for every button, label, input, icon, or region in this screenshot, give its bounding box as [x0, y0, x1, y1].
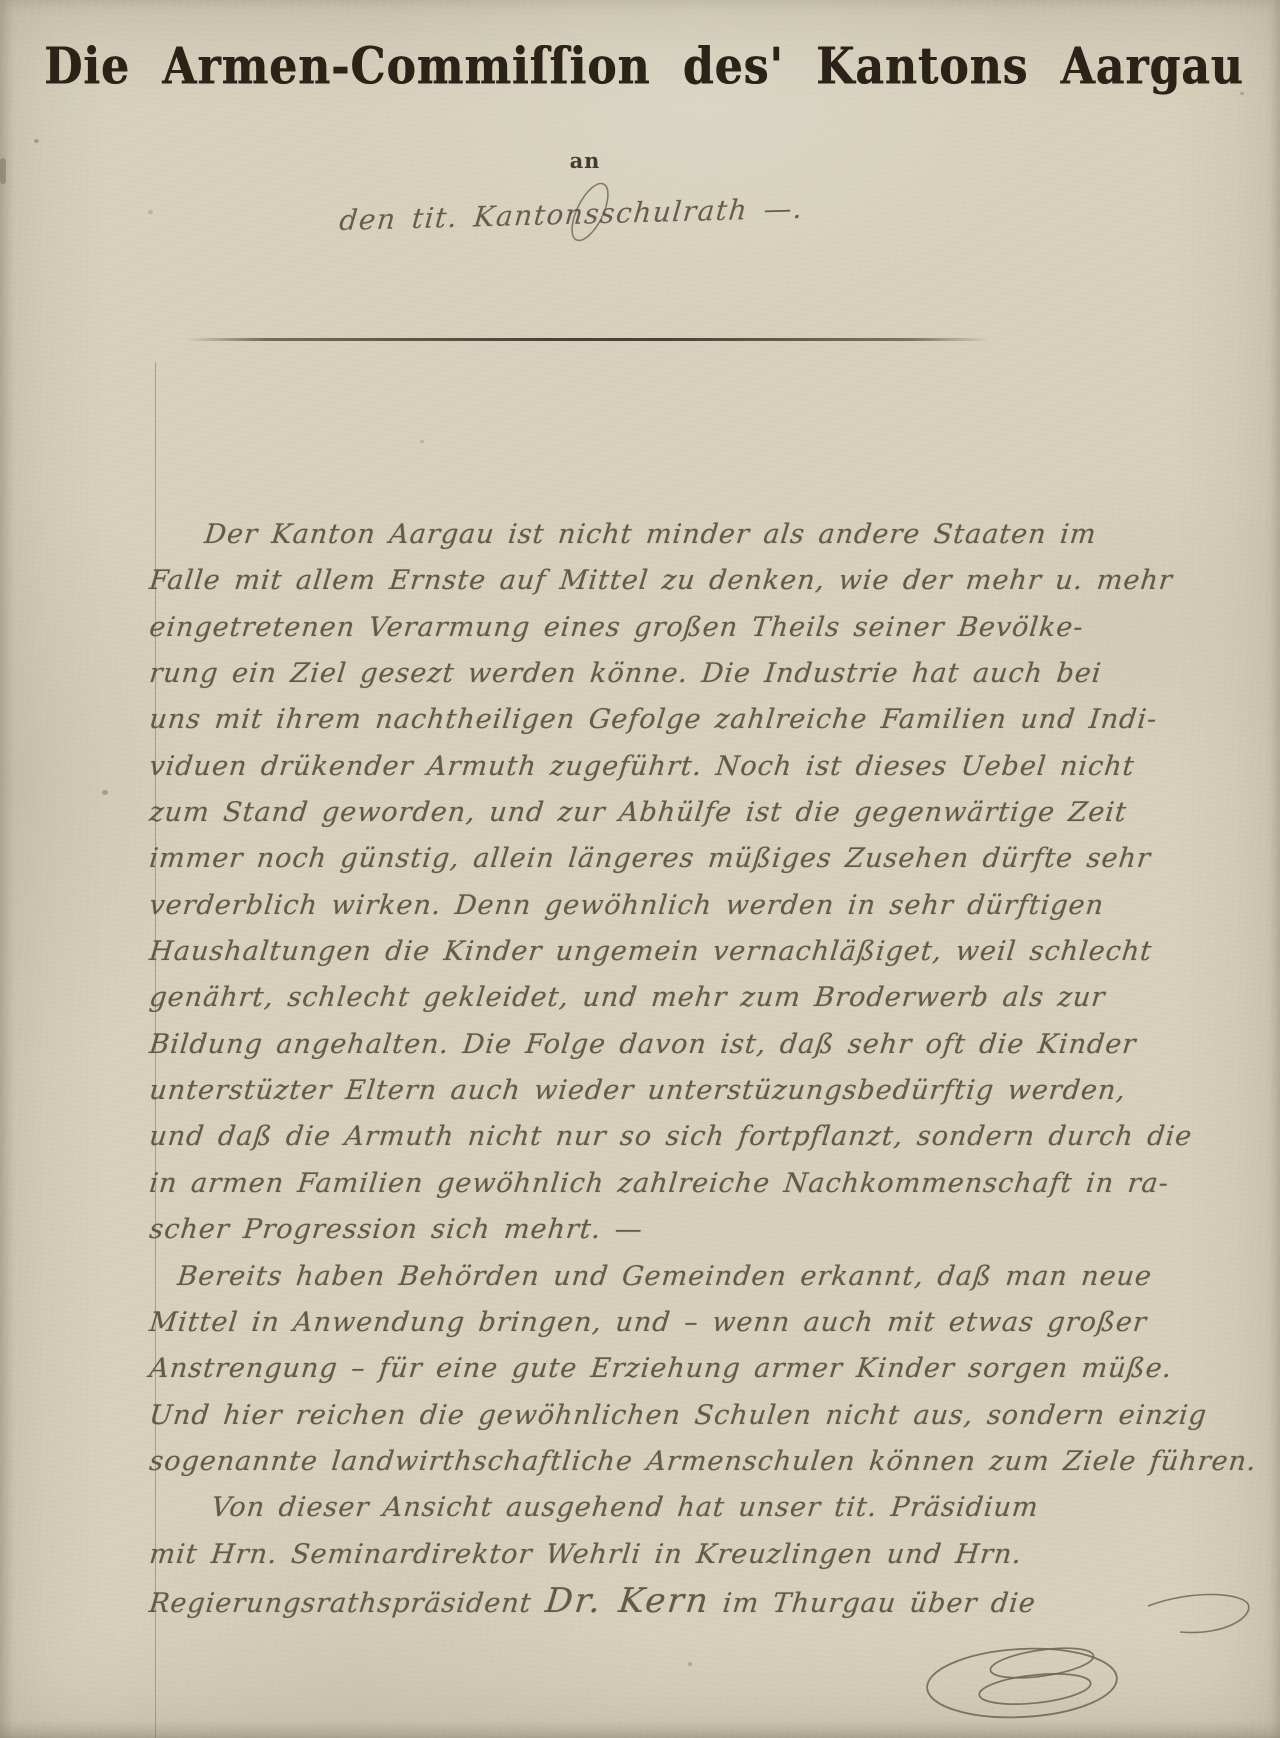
- handwritten-line: eingetretenen Verarmung eines großen The…: [147, 605, 1162, 651]
- handwritten-line: und daß die Armuth nicht nur so sich for…: [147, 1114, 1162, 1160]
- handwritten-line: Und hier reichen die gewöhnlichen Schule…: [147, 1393, 1162, 1439]
- handwritten-addressee-line: den tit. Kantonsschulrath —.: [338, 192, 805, 237]
- printed-letterhead-title: Die Armen-Commiſſion des' Kantons Aargau: [44, 38, 1194, 96]
- handwritten-line: Anstrengung – für eine gute Erziehung ar…: [147, 1346, 1162, 1392]
- printed-salutation: an: [505, 148, 665, 173]
- pen-swash-icon: [1146, 1592, 1262, 1646]
- handwritten-line: sogenannte landwirthschaftliche Armensch…: [147, 1439, 1162, 1485]
- handwritten-line: verderblich wirken. Denn gewöhnlich werd…: [147, 883, 1162, 929]
- handwritten-line: zum Stand geworden, und zur Abhülfe ist …: [147, 790, 1162, 836]
- handwritten-line: Regierungsrathspräsident Dr. Kern im Thu…: [147, 1578, 1162, 1624]
- paper-speck: [34, 139, 39, 143]
- handwritten-line: Bereits haben Behörden und Gemeinden erk…: [147, 1254, 1162, 1300]
- handwritten-line: scher Progression sich mehrt. —: [147, 1207, 1162, 1253]
- handwritten-line: immer noch günstig, allein längeres müßi…: [147, 836, 1162, 882]
- handwritten-body: Der Kanton Aargau ist nicht minder als a…: [148, 512, 1158, 1624]
- handwritten-line: genährt, schlecht gekleidet, und mehr zu…: [147, 975, 1162, 1021]
- handwritten-line: mit Hrn. Seminardirektor Wehrli in Kreuz…: [147, 1532, 1162, 1578]
- handwritten-line: Von dieser Ansicht ausgehend hat unser t…: [147, 1485, 1162, 1531]
- handwritten-line: rung ein Ziel gesezt werden könne. Die I…: [147, 651, 1162, 697]
- scan-edge-smudge: [0, 158, 6, 184]
- paper-speck: [148, 210, 153, 214]
- handwritten-line-part: Regierungsrathspräsident: [148, 1588, 547, 1619]
- handwritten-line: Haushaltungen die Kinder ungemein vernac…: [147, 929, 1162, 975]
- handwritten-line: Mittel in Anwendung bringen, und – wenn …: [147, 1300, 1162, 1346]
- handwritten-line: in armen Familien gewöhnlich zahlreiche …: [147, 1161, 1162, 1207]
- handwritten-line: uns mit ihrem nachtheiligen Gefolge zahl…: [147, 697, 1162, 743]
- handwritten-line: Bildung angehalten. Die Folge davon ist,…: [147, 1022, 1162, 1068]
- handwritten-line-part: im Thurgau über die: [708, 1588, 1038, 1619]
- scanned-letter-page: Die Armen-Commiſſion des' Kantons Aargau…: [0, 0, 1280, 1738]
- handwritten-line: viduen drükender Armuth zugeführt. Noch …: [147, 744, 1162, 790]
- handwritten-line: Falle mit allem Ernste auf Mittel zu den…: [147, 558, 1162, 604]
- handwritten-line: Der Kanton Aargau ist nicht minder als a…: [147, 512, 1162, 558]
- handwritten-name-dr-kern: Dr. Kern: [543, 1581, 711, 1621]
- paper-speck: [420, 440, 424, 443]
- handwritten-line: unterstüzter Eltern auch wieder unterstü…: [147, 1068, 1162, 1114]
- paper-speck: [102, 790, 108, 795]
- paraph-flourish-icon: [922, 1636, 1124, 1724]
- paper-speck: [688, 1662, 692, 1666]
- horizontal-divider-rule: [185, 338, 990, 341]
